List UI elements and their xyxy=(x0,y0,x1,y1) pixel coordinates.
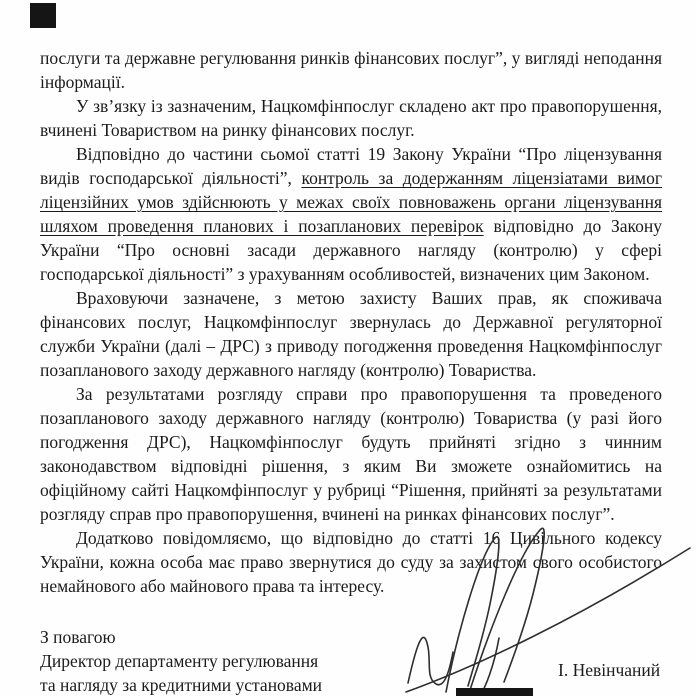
paragraph-text: Враховуючи зазначене, з метою захисту Ва… xyxy=(40,288,662,380)
closing-salutation: З повагою xyxy=(40,625,322,649)
scan-artifact-top-left xyxy=(30,3,56,28)
signer-title-line1: Директор департаменту регулювання xyxy=(40,649,322,673)
signer-title-line2: та нагляду за кредитними установами xyxy=(40,673,322,696)
signer-name: І. Невінчаний xyxy=(558,660,660,681)
letter-paragraph: послуги та державне регулювання ринків ф… xyxy=(40,46,662,94)
closing-block: З повагою Директор департаменту регулюва… xyxy=(40,625,322,696)
letter-paragraph: Відповідно до частини сьомої статті 19 З… xyxy=(40,142,662,286)
letter-paragraph: Враховуючи зазначене, з метою захисту Ва… xyxy=(40,286,662,382)
scan-artifact-bottom xyxy=(456,688,533,696)
paragraph-text: У зв’язку із зазначеним, Нацкомфінпослуг… xyxy=(40,96,662,140)
scanned-letter-page: послуги та державне регулювання ринків ф… xyxy=(0,0,696,696)
paragraph-text: послуги та державне регулювання ринків ф… xyxy=(40,48,662,92)
letter-paragraph: У зв’язку із зазначеним, Нацкомфінпослуг… xyxy=(40,94,662,142)
